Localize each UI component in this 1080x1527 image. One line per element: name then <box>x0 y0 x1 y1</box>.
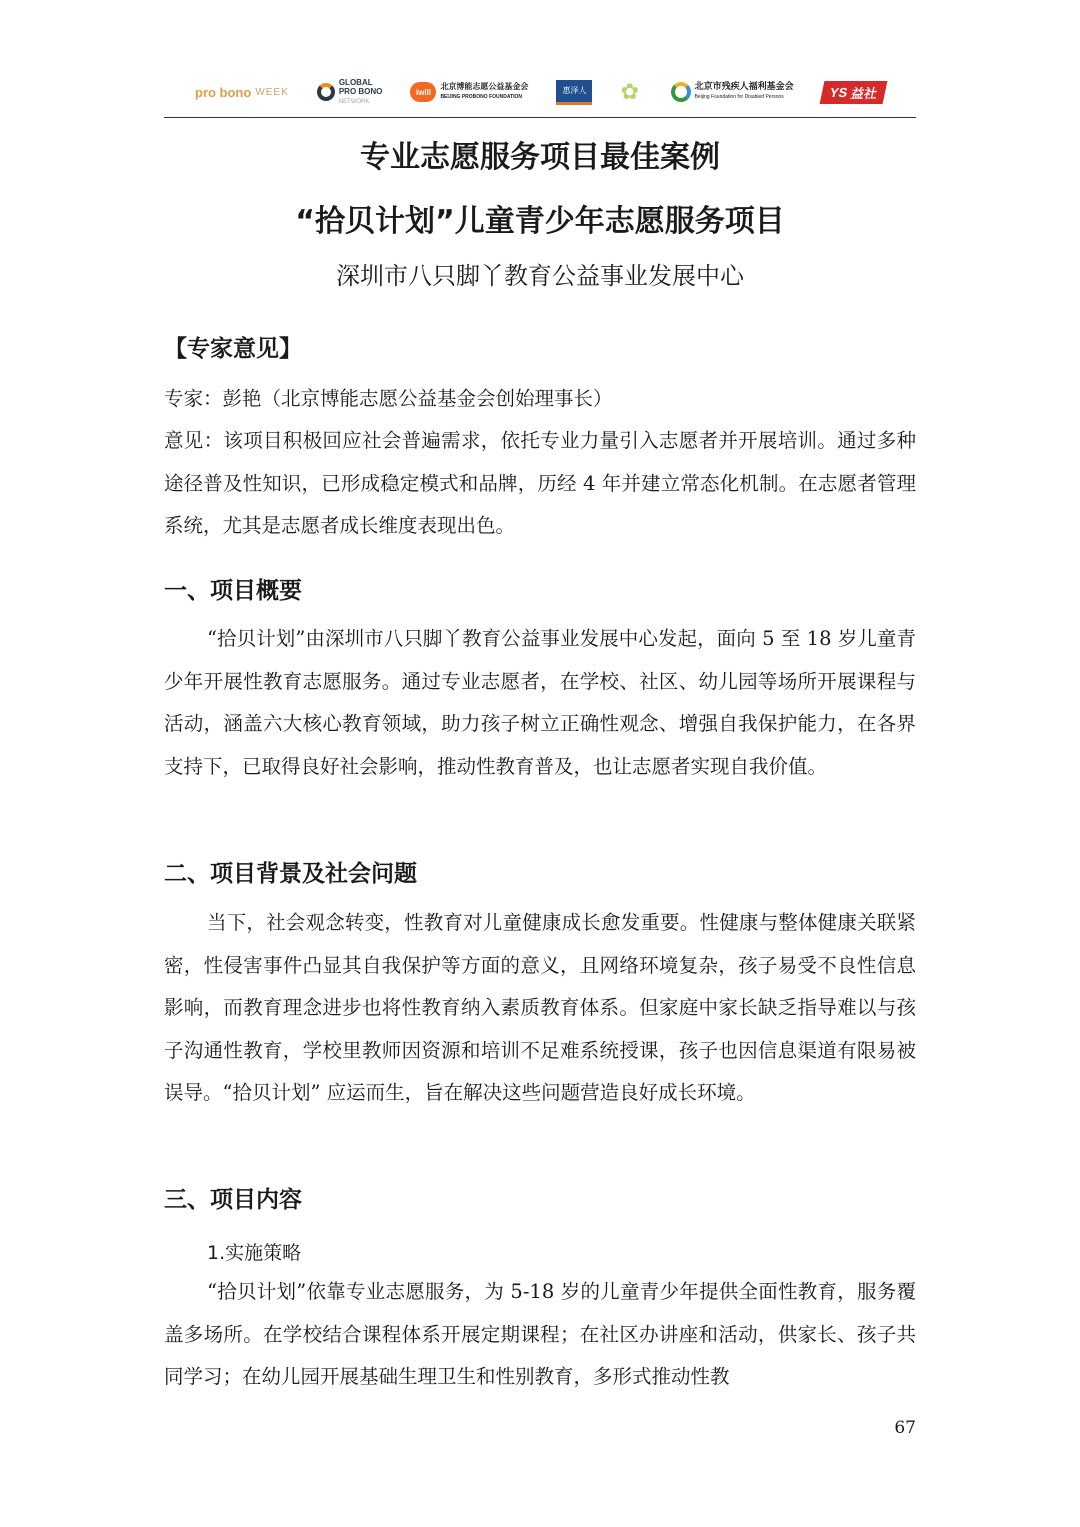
section-body-overview: “拾贝计划”由深圳市八只脚丫教育公益事业发展中心发起，面向 5 至 18 岁儿童… <box>164 618 916 788</box>
flower-logo-icon: ✿ <box>621 81 643 103</box>
logo-text: 北京市残疾人福利基金会 Beijing Foundation for Disab… <box>695 82 794 102</box>
section-heading-overview: 一、项目概要 <box>164 572 302 605</box>
logo-text: GLOBAL PRO BONO NETWORK <box>339 78 383 107</box>
logo-text: pro bono <box>195 85 251 100</box>
bfdp-ring-icon <box>671 82 691 102</box>
logo-yishe: YS 益社 <box>819 81 887 104</box>
logo-cn: 北京博能志愿公益基金会 <box>440 82 528 91</box>
subheading-strategy: 1.实施策略 <box>207 1238 301 1265</box>
section-body-background: 当下，社会观念转变，性教育对儿童健康成长愈发重要。性健康与整体健康关联紧密，性侵… <box>164 902 916 1115</box>
organization-name: 深圳市八只脚丫教育公益事业发展中心 <box>0 256 1080 291</box>
logo-en: BEIJING PROBONO FOUNDATION <box>440 94 522 100</box>
expert-opinion-heading: 【专家意见】 <box>164 330 302 363</box>
logo-huize-ren: 惠泽人 <box>556 80 592 105</box>
section-heading-content: 三、项目内容 <box>164 1181 302 1214</box>
page-number: 67 <box>894 1418 916 1438</box>
section-body-content: “拾贝计划”依靠专业志愿服务，为 5-18 岁的儿童青少年提供全面性教育，服务覆… <box>164 1271 916 1399</box>
gpb-ring-icon <box>317 83 335 101</box>
expert-opinion-text: 意见：该项目积极回应社会普遍需求，依托专业力量引入志愿者并开展培训。通过多种途径… <box>164 420 916 548</box>
logo-mark: YS <box>828 85 849 100</box>
project-title: “拾贝计划”儿童青少年志愿服务项目 <box>0 196 1080 240</box>
logo-text: 益社 <box>849 83 879 102</box>
logo-en: Beijing Foundation for Disabled Persons <box>695 94 784 100</box>
logo-global-pro-bono-network: GLOBAL PRO BONO NETWORK <box>317 78 383 107</box>
iwill-icon: iwill <box>410 82 436 102</box>
logo-suffix: WEEK <box>255 87 288 98</box>
logo-text: 北京博能志愿公益基金会 BEIJING PROBONO FOUNDATION <box>440 82 528 102</box>
logo-line: GLOBAL <box>339 78 373 87</box>
header-divider <box>164 117 916 118</box>
expert-line: 专家：彭艳（北京博能志愿公益基金会创始理事长） <box>164 378 916 421</box>
logo-pro-bono-week: pro bono WEEK <box>195 85 289 100</box>
document-title: 专业志愿服务项目最佳案例 <box>0 132 1080 176</box>
logo-beijing-probono-foundation: iwill 北京博能志愿公益基金会 BEIJING PROBONO FOUNDA… <box>410 82 528 102</box>
partner-logos: pro bono WEEK GLOBAL PRO BONO NETWORK iw… <box>195 74 885 110</box>
logo-beijing-disabled-foundation: 北京市残疾人福利基金会 Beijing Foundation for Disab… <box>671 82 794 102</box>
logo-line: PRO BONO <box>339 87 383 96</box>
logo-line: NETWORK <box>339 99 370 105</box>
section-heading-background: 二、项目背景及社会问题 <box>164 855 417 888</box>
logo-cn: 北京市残疾人福利基金会 <box>695 81 794 91</box>
